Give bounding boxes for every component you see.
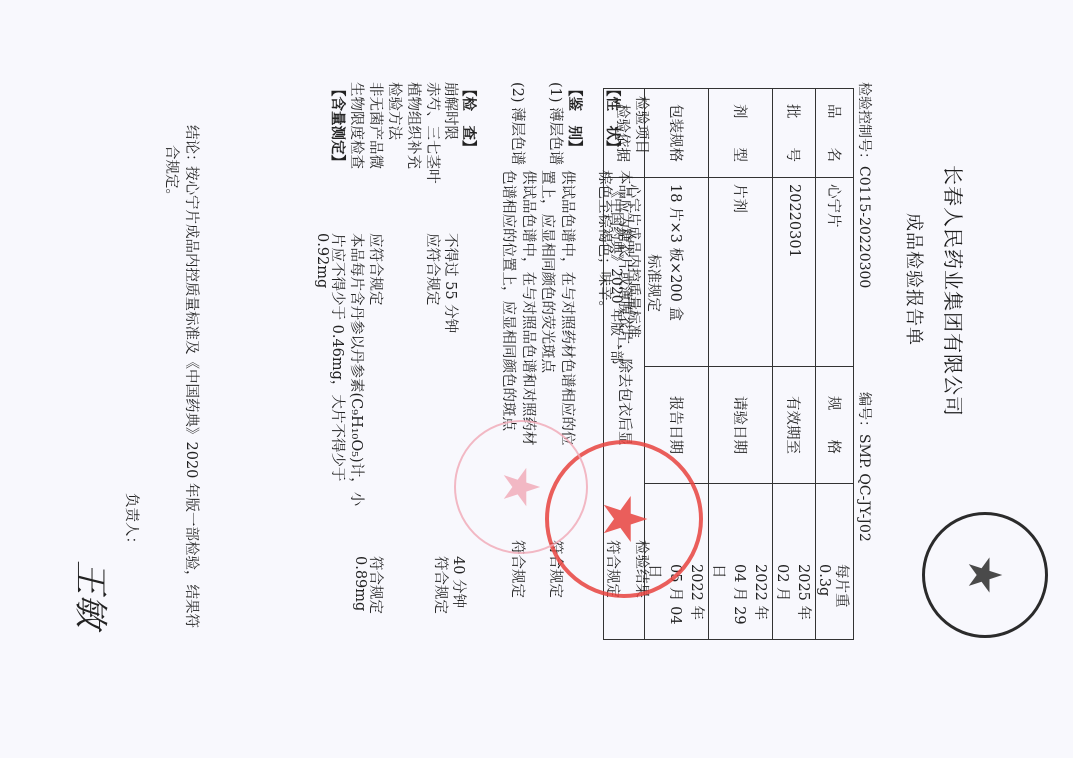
value-expiry: 2025 年 02 月 <box>773 484 816 640</box>
identification-standard-line: 置上，应显相同颜色的荧光斑点 <box>538 170 559 373</box>
value-request-date: 2022 年 04 月 29 日 <box>709 484 773 640</box>
control-number: 检验控制号：C0115-20220300 <box>855 82 875 288</box>
inspection-result: 40 分钟 <box>449 556 470 608</box>
company-seal-black: ★ <box>922 512 1048 638</box>
label-batch-no: 批 号 <box>773 89 816 178</box>
document-number-value: SMP. QC-JY-J02 <box>856 434 872 542</box>
document-number-label: 编号： <box>856 392 872 434</box>
inspection-item-name: 赤芍、三七茎叶 <box>423 82 444 184</box>
inspection-result: 符合规定 <box>366 556 387 614</box>
conclusion-label: 结论： <box>182 125 203 169</box>
inspection-standard: 应符合规定 <box>366 233 387 306</box>
assay-standard-line: 片应不得少于 0.46mg，大片不得少于 <box>328 233 349 481</box>
assay-result: 0.89mg <box>352 556 368 611</box>
label-package: 包装规格 <box>645 89 709 178</box>
inspection-item-name: 非无菌产品微 <box>366 82 387 169</box>
signature-handwritten: 王敏 <box>69 560 118 628</box>
control-number-value: C0115-20220300 <box>856 166 872 288</box>
identification-item-name: (2) 薄层色谱 <box>508 82 529 165</box>
conclusion-line: 合规定。 <box>162 145 183 203</box>
report-title: 成品检验报告单 <box>902 213 928 346</box>
section-identification-title: 【鉴 别】 <box>565 82 586 155</box>
inspection-result: 符合规定 <box>431 556 452 614</box>
inspection-item-name: 检验方法 <box>385 82 406 140</box>
label-product-name: 品 名 <box>816 89 854 178</box>
value-batch-no: 20220301 <box>773 178 816 367</box>
quality-seal-pink: ★ <box>454 420 588 554</box>
table-row: 剂 型 片剂 请验日期 2022 年 04 月 29 日 <box>709 89 773 640</box>
star-icon: ★ <box>496 465 546 510</box>
label-spec: 规 格 <box>816 367 854 484</box>
identification-standard-line: 供试品色谱中，在与对照品色谱和对照药材 <box>519 170 540 446</box>
conclusion-line: 按心宁片成品内控质量标准及《中国药典》2020 年版一部检验，结果符 <box>182 166 203 628</box>
section-inspection-title: 【检 查】 <box>459 82 480 155</box>
control-number-label: 检验控制号： <box>856 82 872 166</box>
star-icon: ★ <box>594 492 654 546</box>
column-header-standard: 标准规定 <box>644 254 665 312</box>
star-icon: ★ <box>962 554 1008 595</box>
section-character-title: 【性 状】 <box>603 82 624 155</box>
assay-standard-line: 本品每片含丹参以丹参素(C₉H₁₀O₅)计，小 <box>347 233 368 506</box>
inspection-report-document: 长春人民药业集团有限公司 成品检验报告单 检验控制号：C0115-2022030… <box>0 0 1073 758</box>
value-dosage-form: 片剂 <box>709 178 773 367</box>
company-name: 长春人民药业集团有限公司 <box>940 165 969 417</box>
character-standard-line: 棕色至棕褐色；味辛。 <box>595 170 616 315</box>
signature-label: 负责人： <box>122 493 143 551</box>
value-product-name: 心宁片 <box>816 178 854 367</box>
identification-standard-line: 供试品色谱中，在与对照药材色谱相应的位 <box>558 170 579 446</box>
inspection-item-name: 崩解时限 <box>441 82 462 140</box>
label-dosage-form: 剂 型 <box>709 89 773 178</box>
value-spec: 每片重 0.3g <box>816 484 854 640</box>
identification-item-name: (1) 薄层色谱 <box>546 82 567 165</box>
table-row: 品 名 心宁片 规 格 每片重 0.3g <box>816 89 854 640</box>
inspection-item-name: 植物组织补充 <box>404 82 425 169</box>
column-header-item: 检验项目 <box>632 96 653 154</box>
character-standard-line: 本品应为糖衣片或薄膜衣片，除去包衣后显 <box>615 170 636 446</box>
document-number: 编号：SMP. QC-JY-J02 <box>855 392 875 542</box>
identification-standard-line: 色谱相应的位置上，应显相同颜色的斑点 <box>499 170 520 431</box>
inspection-standard: 不得过 55 分钟 <box>441 233 462 333</box>
section-assay-title: 【含量测定】 <box>328 82 349 169</box>
inspection-item-name: 生物限度检查 <box>347 82 368 169</box>
assay-standard-line: 0.92mg <box>314 233 330 288</box>
label-request-date: 请验日期 <box>709 367 773 484</box>
inspection-standard: 应符合规定 <box>423 233 444 306</box>
label-expiry: 有效期至 <box>773 367 816 484</box>
table-row: 批 号 20220301 有效期至 2025 年 02 月 <box>773 89 816 640</box>
